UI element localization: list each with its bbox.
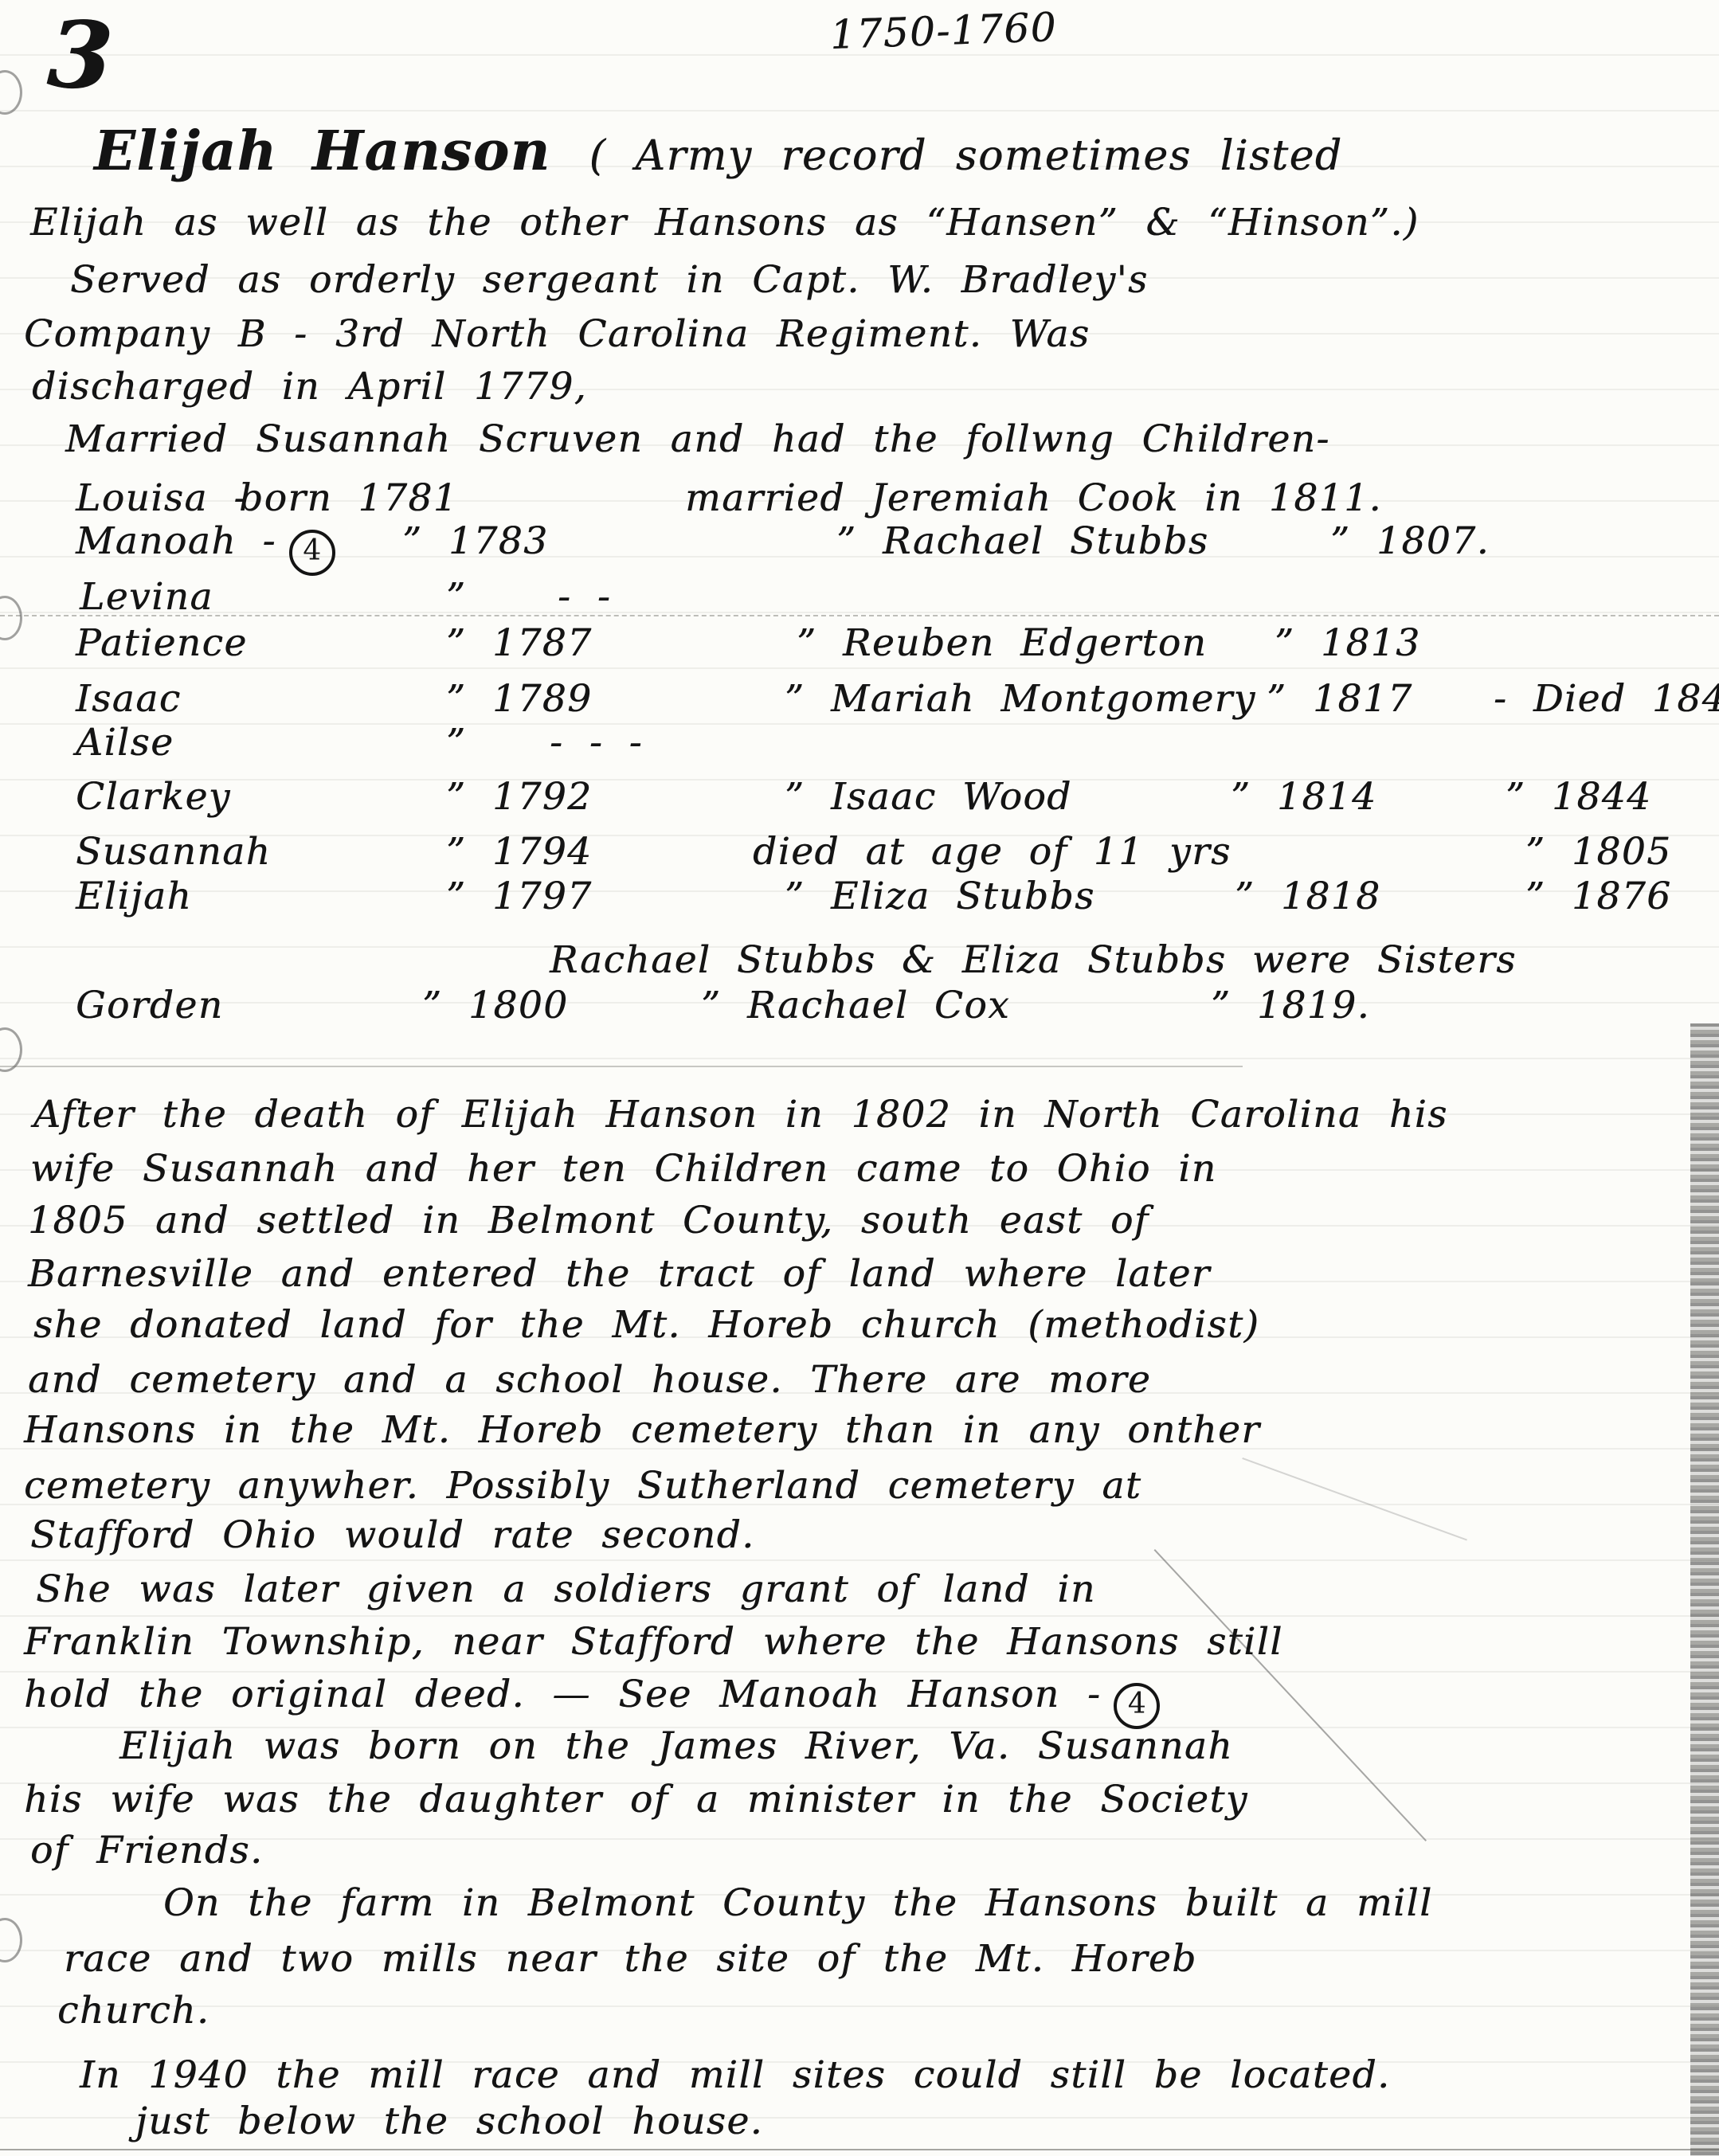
child-death-note: died at age of 11 yrs <box>753 830 1231 874</box>
child-death: - Died 1844 <box>1494 677 1719 721</box>
paragraph-line: She was later given a soldiers grant of … <box>36 1567 1096 1611</box>
child-row-louisa: Louisa - born 1781 married Jeremiah Cook… <box>0 476 1719 526</box>
sisters-note: Rachael Stubbs & Eliza Stubbs were Siste… <box>550 938 1517 982</box>
handwritten-line: Served as orderly sergeant in Capt. W. B… <box>70 258 1149 302</box>
child-name: Patience <box>76 621 248 665</box>
scanned-handwritten-genealogy-page: 3 1750-1760 Elijah Hanson ( Army record … <box>0 0 1719 2156</box>
circled-number-badge: 4 <box>1114 1683 1160 1729</box>
paragraph-line: Barnesville and entered the tract of lan… <box>28 1252 1211 1296</box>
child-row-patience: Patience ” 1787 ” Reuben Edgerton ” 1813 <box>0 621 1719 671</box>
child-born: ” 1794 <box>446 830 593 874</box>
child-name: Louisa - <box>76 476 248 520</box>
child-row-gorden: Gorden ” 1800 ” Rachael Cox ” 1819. <box>0 984 1719 1033</box>
paragraph-line: 1805 and settled in Belmont County, sout… <box>28 1199 1149 1242</box>
paragraph-line: On the farm in Belmont County the Hanson… <box>163 1881 1433 1925</box>
paragraph-line: In 1940 the mill race and mill sites cou… <box>80 2053 1390 2097</box>
title-line: Elijah Hanson ( Army record sometimes li… <box>94 119 1343 183</box>
handwritten-line: Company B - 3rd North Carolina Regiment.… <box>24 312 1091 356</box>
child-name: Clarkey <box>76 775 231 819</box>
child-born: ” 1800 <box>422 984 569 1027</box>
title-annotation: ( Army record sometimes listed <box>589 132 1343 180</box>
paragraph-line-with-badge: hold the original deed. — See Manoah Han… <box>24 1673 1160 1729</box>
handwritten-line: Married Susannah Scruven and had the fol… <box>65 417 1330 461</box>
scan-edge-artifact <box>1690 1023 1719 2156</box>
child-name: Ailse <box>76 721 174 765</box>
child-marriage-year: ” 1813 <box>1275 621 1421 665</box>
paragraph-line: After the death of Elijah Hanson in 1802… <box>33 1093 1448 1137</box>
circled-number-badge: 4 <box>289 530 335 576</box>
child-born: ” 1789 <box>446 677 593 721</box>
child-row-ailse: Ailse ” - - - <box>0 721 1719 770</box>
page-number: 3 <box>45 0 116 112</box>
paragraph-line: cemetery anywher. Possibly Sutherland ce… <box>24 1464 1141 1508</box>
child-spouse: ” Isaac Wood <box>785 775 1072 819</box>
child-marriage-year: ” 1818 <box>1235 875 1381 918</box>
person-name: Elijah Hanson <box>94 119 551 183</box>
child-born: ” 1792 <box>446 775 593 819</box>
paragraph-line: she donated land for the Mt. Horeb churc… <box>33 1303 1259 1347</box>
ruled-line <box>0 2149 1719 2150</box>
sisters-note-row: Rachael Stubbs & Eliza Stubbs were Siste… <box>0 938 1719 988</box>
child-name: Manoah -4 <box>76 519 335 576</box>
child-dash: - - <box>558 575 611 619</box>
hole-punch-mark <box>0 70 22 115</box>
child-born: ” 1787 <box>446 621 593 665</box>
child-born: ” 1783 <box>402 519 549 563</box>
child-born: ” 1797 <box>446 875 593 918</box>
paragraph-line: and cemetery and a school house. There a… <box>28 1358 1151 1402</box>
stray-pencil-mark <box>1242 1458 1467 1540</box>
child-spouse: ” Mariah Montgomery <box>785 677 1256 721</box>
ruled-line <box>0 1066 1243 1067</box>
child-name: Elijah <box>76 875 192 918</box>
paragraph-line: of Friends. <box>30 1829 263 1872</box>
child-dash: - - - <box>550 721 643 765</box>
child-marriage: married Jeremiah Cook in 1811. <box>685 476 1382 520</box>
child-row-clarkey: Clarkey ” 1792 ” Isaac Wood ” 1814 ” 184… <box>0 775 1719 824</box>
child-born: ” <box>446 721 467 765</box>
child-marriage-year: ” 1807. <box>1330 519 1490 563</box>
child-death: ” 1805 <box>1525 830 1672 874</box>
child-spouse: ” Rachael Stubbs <box>836 519 1209 563</box>
child-marriage-year: ” 1814 <box>1231 775 1377 819</box>
paragraph-line: just below the school house. <box>135 2099 763 2143</box>
child-row-susannah: Susannah ” 1794 died at age of 11 yrs ” … <box>0 830 1719 879</box>
child-born: ” <box>446 575 467 619</box>
hole-punch-mark <box>0 1918 22 1962</box>
child-row-isaac: Isaac ” 1789 ” Mariah Montgomery ” 1817 … <box>0 677 1719 726</box>
paragraph-line: Elijah was born on the James River, Va. … <box>119 1724 1233 1768</box>
child-row-levina: Levina ” - - <box>0 575 1719 624</box>
paragraph-line: church. <box>57 1989 209 2033</box>
child-death: ” 1844 <box>1506 775 1652 819</box>
hole-punch-mark <box>0 1027 22 1072</box>
child-name: Gorden <box>76 984 223 1027</box>
child-death: ” 1876 <box>1525 875 1672 918</box>
child-name: Susannah <box>76 830 271 874</box>
handwritten-line: Elijah as well as the other Hansons as “… <box>30 201 1419 245</box>
child-name: Levina <box>80 575 213 619</box>
paragraph-line: his wife was the daughter of a minister … <box>24 1778 1248 1821</box>
child-born: born 1781 <box>239 476 458 520</box>
child-spouse: ” Reuben Edgerton <box>797 621 1207 665</box>
paragraph-line: Hansons in the Mt. Horeb cemetery than i… <box>24 1408 1260 1452</box>
child-row-manoah: Manoah -4 ” 1783 ” Rachael Stubbs ” 1807… <box>0 519 1719 569</box>
child-marriage-year: ” 1817 <box>1267 677 1413 721</box>
paragraph-line: Stafford Ohio would rate second. <box>30 1513 755 1557</box>
child-row-elijah: Elijah ” 1797 ” Eliza Stubbs ” 1818 ” 18… <box>0 875 1719 924</box>
paragraph-line: Franklin Township, near Stafford where t… <box>24 1620 1283 1664</box>
child-name: Isaac <box>76 677 182 721</box>
child-spouse: ” Eliza Stubbs <box>785 875 1095 918</box>
handwritten-line: discharged in April 1779, <box>32 365 587 409</box>
date-range-annotation: 1750-1760 <box>829 4 1058 58</box>
child-spouse: ” Rachael Cox <box>701 984 1010 1027</box>
child-marriage-year: ” 1819. <box>1211 984 1370 1027</box>
paragraph-line: race and two mills near the site of the … <box>64 1937 1197 1981</box>
paragraph-line: wife Susannah and her ten Children came … <box>30 1147 1217 1191</box>
paragraph-line: hold the original deed. — See Manoah Han… <box>24 1673 1101 1716</box>
